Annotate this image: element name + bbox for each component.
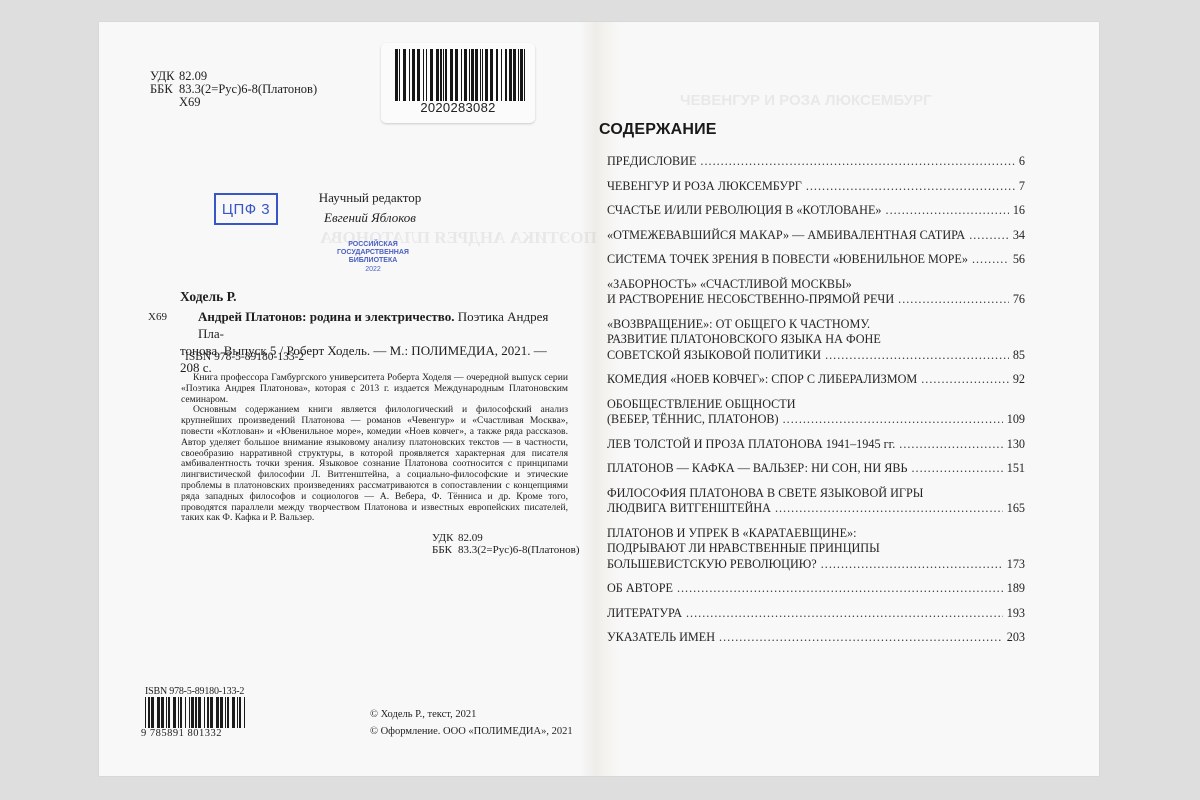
ean-barcode-icon <box>145 697 247 730</box>
editor-name: Евгений Яблоков <box>300 208 440 228</box>
ean-digits: 9 785891 801332 <box>141 728 251 739</box>
toc-entry-title: СИСТЕМА ТОЧЕК ЗРЕНИЯ В ПОВЕСТИ «ЮВЕНИЛЬН… <box>607 252 968 268</box>
toc-entry-title: СЧАСТЬЕ И/ИЛИ РЕВОЛЮЦИЯ В «КОТЛОВАНЕ» <box>607 203 882 219</box>
toc-entry: ПЛАТОНОВ И УПРЕК В «КАРАТАЕВЩИНЕ»:ПОДРЫВ… <box>607 526 1025 573</box>
toc-entry-title: ПЛАТОНОВ И УПРЕК В «КАРАТАЕВЩИНЕ»: <box>607 526 1025 542</box>
copyright-line: © Ходель Р., текст, 2021 <box>370 706 573 723</box>
toc-entry: «ЗАБОРНОСТЬ» «СЧАСТЛИВОЙ МОСКВЫ»И РАСТВО… <box>607 277 1025 308</box>
toc-entry-title: «ОТМЕЖЕВАВШИЙСЯ МАКАР» — АМБИВАЛЕНТНАЯ С… <box>607 228 965 244</box>
toc-leader-dots <box>806 179 1015 195</box>
toc-entry-title: СОВЕТСКОЙ ЯЗЫКОВОЙ ПОЛИТИКИ <box>607 348 821 364</box>
udk-label: УДК <box>432 533 458 545</box>
toc-entry-title: ФИЛОСОФИЯ ПЛАТОНОВА В СВЕТЕ ЯЗЫКОВОЙ ИГР… <box>607 486 1025 502</box>
annotation-paragraph: Основным содержанием книги является фило… <box>181 405 568 524</box>
toc-leader-dots <box>825 348 1009 364</box>
barcode-icon <box>395 49 529 101</box>
toc-entry: ЛЕВ ТОЛСТОЙ И ПРОЗА ПЛАТОНОВА 1941–1945 … <box>607 437 1025 453</box>
toc-page-number: 85 <box>1013 348 1025 364</box>
toc-leader-dots <box>911 461 1002 477</box>
toc-page-number: 56 <box>1013 252 1025 268</box>
toc-entry-title: ЧЕВЕНГУР И РОЗА ЛЮКСЕМБУРГ <box>607 179 802 195</box>
toc-entry: УКАЗАТЕЛЬ ИМЕН203 <box>607 630 1025 646</box>
toc-entry: ЧЕВЕНГУР И РОЗА ЛЮКСЕМБУРГ7 <box>607 179 1025 195</box>
toc-leader-dots <box>821 557 1003 573</box>
isbn: ISBN 978-5-89180-133-2 <box>185 351 304 363</box>
toc-entry: ЛИТЕРАТУРА193 <box>607 606 1025 622</box>
toc-leader-dots <box>775 501 1003 517</box>
toc-page-number: 189 <box>1007 581 1025 597</box>
bbk-value: 83.3(2=Рус)6-8(Платонов) <box>458 545 580 557</box>
toc-entry-title: ЛЕВ ТОЛСТОЙ И ПРОЗА ПЛАТОНОВА 1941–1945 … <box>607 437 895 453</box>
toc-entry-title: БОЛЬШЕВИСТСКУЮ РЕВОЛЮЦИЮ? <box>607 557 817 573</box>
toc-page-number: 6 <box>1019 154 1025 170</box>
toc-page-number: 203 <box>1007 630 1025 646</box>
toc-page-number: 165 <box>1007 501 1025 517</box>
bbk-label: ББК <box>150 83 179 96</box>
toc-entry-title: ЛЮДВИГА ВИТГЕНШТЕЙНА <box>607 501 771 517</box>
toc-entry: СЧАСТЬЕ И/ИЛИ РЕВОЛЮЦИЯ В «КОТЛОВАНЕ»16 <box>607 203 1025 219</box>
toc-page-number: 92 <box>1013 372 1025 388</box>
toc-entry: ОБ АВТОРЕ189 <box>607 581 1025 597</box>
toc-entry: ФИЛОСОФИЯ ПЛАТОНОВА В СВЕТЕ ЯЗЫКОВОЙ ИГР… <box>607 486 1025 517</box>
toc-leader-dots <box>972 252 1009 268</box>
toc-entry-title: ПРЕДИСЛОВИЕ <box>607 154 696 170</box>
toc-entry-title: ОБ АВТОРЕ <box>607 581 673 597</box>
toc-leader-dots <box>677 581 1003 597</box>
toc-page-number: 34 <box>1013 228 1025 244</box>
author-mark-label <box>150 96 179 109</box>
sticker-barcode-number: 2020283082 <box>381 100 535 115</box>
library-mark-year: 2022 <box>318 266 428 274</box>
bbk-label: ББК <box>432 545 458 557</box>
toc-leader-dots <box>686 606 1003 622</box>
book-title: Андрей Платонов: родина и электричество. <box>198 309 454 324</box>
toc-page-number: 76 <box>1013 292 1025 308</box>
index-mark: Х69 <box>148 311 167 323</box>
table-of-contents: ПРЕДИСЛОВИЕ6ЧЕВЕНГУР И РОЗА ЛЮКСЕМБУРГ7С… <box>607 154 1025 655</box>
toc-leader-dots <box>783 412 1003 428</box>
ean-isbn-label: ISBN 978-5-89180-133-2 <box>145 686 244 697</box>
toc-entry-title: ПОДРЫВАЮТ ЛИ НРАВСТВЕННЫЕ ПРИНЦИПЫ <box>607 541 1025 557</box>
author-heading: Ходель Р. <box>180 289 237 305</box>
toc-entry-title: УКАЗАТЕЛЬ ИМЕН <box>607 630 715 646</box>
udk-value: 82.09 <box>458 533 483 545</box>
library-barcode-sticker: 2020283082 <box>381 43 535 123</box>
toc-leader-dots <box>969 228 1009 244</box>
annotation: Книга профессора Гамбургского университе… <box>181 373 568 524</box>
library-mark-line: РОССИЙСКАЯ <box>318 241 428 249</box>
toc-entry: СИСТЕМА ТОЧЕК ЗРЕНИЯ В ПОВЕСТИ «ЮВЕНИЛЬН… <box>607 252 1025 268</box>
toc-entry: ПРЕДИСЛОВИЕ6 <box>607 154 1025 170</box>
toc-entry: КОМЕДИЯ «НОЕВ КОВЧЕГ»: СПОР С ЛИБЕРАЛИЗМ… <box>607 372 1025 388</box>
editor-role: Научный редактор <box>300 188 440 208</box>
toc-page-number: 173 <box>1007 557 1025 573</box>
toc-page-number: 7 <box>1019 179 1025 195</box>
toc-page-number: 130 <box>1007 437 1025 453</box>
catalog-codes-bottom: УДК82.09 ББК83.3(2=Рус)6-8(Платонов) <box>432 533 580 556</box>
toc-page-number: 16 <box>1013 203 1025 219</box>
toc-leader-dots <box>899 437 1002 453</box>
toc-entry: ПЛАТОНОВ — КАФКА — ВАЛЬЗЕР: НИ СОН, НИ Я… <box>607 461 1025 477</box>
toc-leader-dots <box>719 630 1003 646</box>
toc-entry-title: И РАСТВОРЕНИЕ НЕСОБСТВЕННО-ПРЯМОЙ РЕЧИ <box>607 292 894 308</box>
toc-entry-title: ПЛАТОНОВ — КАФКА — ВАЛЬЗЕР: НИ СОН, НИ Я… <box>607 461 907 477</box>
toc-entry-title: «ЗАБОРНОСТЬ» «СЧАСТЛИВОЙ МОСКВЫ» <box>607 277 1025 293</box>
catalog-codes-top: УДК82.09 ББК83.3(2=Рус)6-8(Платонов) Х69 <box>150 70 317 109</box>
copyright-line: © Оформление. ООО «ПОЛИМЕДИА», 2021 <box>370 723 573 740</box>
bibliographic-record: Андрей Платонов: родина и электричество.… <box>180 308 568 376</box>
library-mark-line: БИБЛИОТЕКА <box>318 257 428 265</box>
copyright: © Ходель Р., текст, 2021 © Оформление. О… <box>370 706 573 740</box>
toc-entry: «ВОЗВРАЩЕНИЕ»: ОТ ОБЩЕГО К ЧАСТНОМУ.РАЗВ… <box>607 317 1025 364</box>
library-mark: РОССИЙСКАЯ ГОСУДАРСТВЕННАЯ БИБЛИОТЕКА 20… <box>318 241 428 274</box>
toc-entry-title: ОБОБЩЕСТВЛЕНИЕ ОБЩНОСТИ <box>607 397 1025 413</box>
toc-entry-title: ЛИТЕРАТУРА <box>607 606 682 622</box>
annotation-paragraph: Книга профессора Гамбургского университе… <box>181 373 568 405</box>
toc-leader-dots <box>921 372 1009 388</box>
toc-leader-dots <box>700 154 1014 170</box>
toc-entry: «ОТМЕЖЕВАВШИЙСЯ МАКАР» — АМБИВАЛЕНТНАЯ С… <box>607 228 1025 244</box>
toc-entry-title: КОМЕДИЯ «НОЕВ КОВЧЕГ»: СПОР С ЛИБЕРАЛИЗМ… <box>607 372 917 388</box>
toc-leader-dots <box>886 203 1009 219</box>
author-mark-value: Х69 <box>179 96 201 109</box>
toc-entry: ОБОБЩЕСТВЛЕНИЕ ОБЩНОСТИ(ВЕБЕР, ТЁННИС, П… <box>607 397 1025 428</box>
toc-entry-title: РАЗВИТИЕ ПЛАТОНОВСКОГО ЯЗЫКА НА ФОНЕ <box>607 332 1025 348</box>
scientific-editor: Научный редактор Евгений Яблоков <box>300 188 440 228</box>
library-stamp: ЦПФ 3 <box>214 193 278 225</box>
toc-entry-title: (ВЕБЕР, ТЁННИС, ПЛАТОНОВ) <box>607 412 779 428</box>
toc-entry-title: «ВОЗВРАЩЕНИЕ»: ОТ ОБЩЕГО К ЧАСТНОМУ. <box>607 317 1025 333</box>
toc-page-number: 151 <box>1007 461 1025 477</box>
toc-leader-dots <box>898 292 1009 308</box>
library-mark-line: ГОСУДАРСТВЕННАЯ <box>318 249 428 257</box>
toc-page-number: 193 <box>1007 606 1025 622</box>
toc-page-number: 109 <box>1007 412 1025 428</box>
toc-title: СОДЕРЖАНИЕ <box>599 121 717 139</box>
